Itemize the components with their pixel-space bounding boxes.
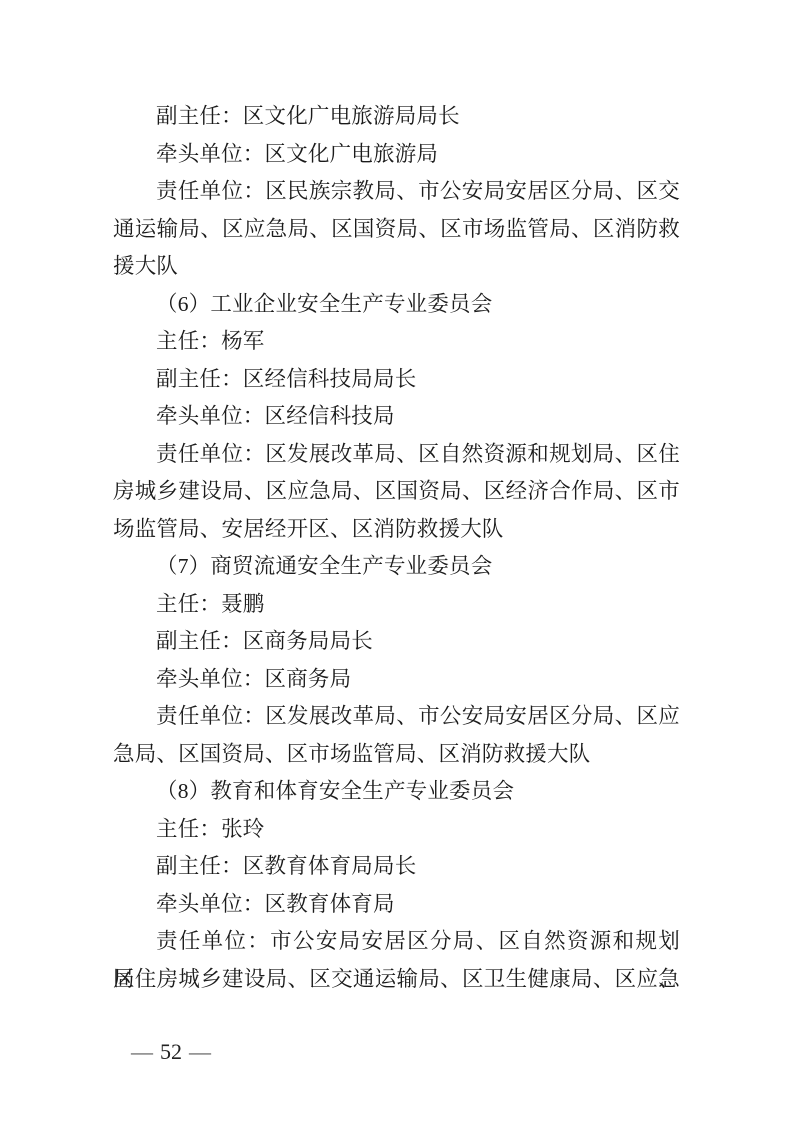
document-line: 副主任：区文化广电旅游局局长	[113, 98, 680, 136]
document-line: 副主任：区商务局局长	[113, 623, 680, 661]
page-number: 52	[160, 1039, 182, 1064]
document-line: 副主任：区经信科技局局长	[113, 361, 680, 399]
document-line: 牵头单位：区文化广电旅游局	[113, 136, 680, 174]
document-line: 牵头单位：区商务局	[113, 661, 680, 699]
document-line: 主任：杨军	[113, 323, 680, 361]
page-footer: —52—	[131, 1039, 211, 1065]
document-line: 主任：聂鹏	[113, 586, 680, 624]
document-line: （8）教育和体育安全生产专业委员会	[113, 773, 680, 811]
document-line: 牵头单位：区经信科技局	[113, 398, 680, 436]
document-line: 责任单位：市公安局安居区分局、区自然资源和规划局、	[113, 923, 680, 961]
document-line: 牵头单位：区教育体育局	[113, 886, 680, 924]
document-body: 副主任：区文化广电旅游局局长牵头单位：区文化广电旅游局责任单位：区民族宗教局、市…	[113, 98, 680, 998]
document-line: 副主任：区教育体育局局长	[113, 848, 680, 886]
document-line: （6）工业企业安全生产专业委员会	[113, 286, 680, 324]
document-line: 急局、区国资局、区市场监管局、区消防救援大队	[113, 736, 680, 774]
document-line: 场监管局、安居经开区、区消防救援大队	[113, 511, 680, 549]
page-number-dash-left: —	[131, 1039, 153, 1064]
document-line: 援大队	[113, 248, 680, 286]
document-line: 责任单位：区发展改革局、区自然资源和规划局、区住	[113, 436, 680, 474]
document-line: 房城乡建设局、区应急局、区国资局、区经济合作局、区市	[113, 473, 680, 511]
document-line: 主任：张玲	[113, 811, 680, 849]
document-line: 责任单位：区民族宗教局、市公安局安居区分局、区交	[113, 173, 680, 211]
document-lines: 副主任：区文化广电旅游局局长牵头单位：区文化广电旅游局责任单位：区民族宗教局、市…	[113, 98, 680, 998]
document-line: 通运输局、区应急局、区国资局、区市场监管局、区消防救	[113, 211, 680, 249]
page-number-dash-right: —	[189, 1039, 211, 1064]
document-line: 区住房城乡建设局、区交通运输局、区卫生健康局、区应急	[113, 961, 680, 999]
document-line: 责任单位：区发展改革局、市公安局安居区分局、区应	[113, 698, 680, 736]
document-line: （7）商贸流通安全生产专业委员会	[113, 548, 680, 586]
document-page: 副主任：区文化广电旅游局局长牵头单位：区文化广电旅游局责任单位：区民族宗教局、市…	[0, 0, 793, 1122]
